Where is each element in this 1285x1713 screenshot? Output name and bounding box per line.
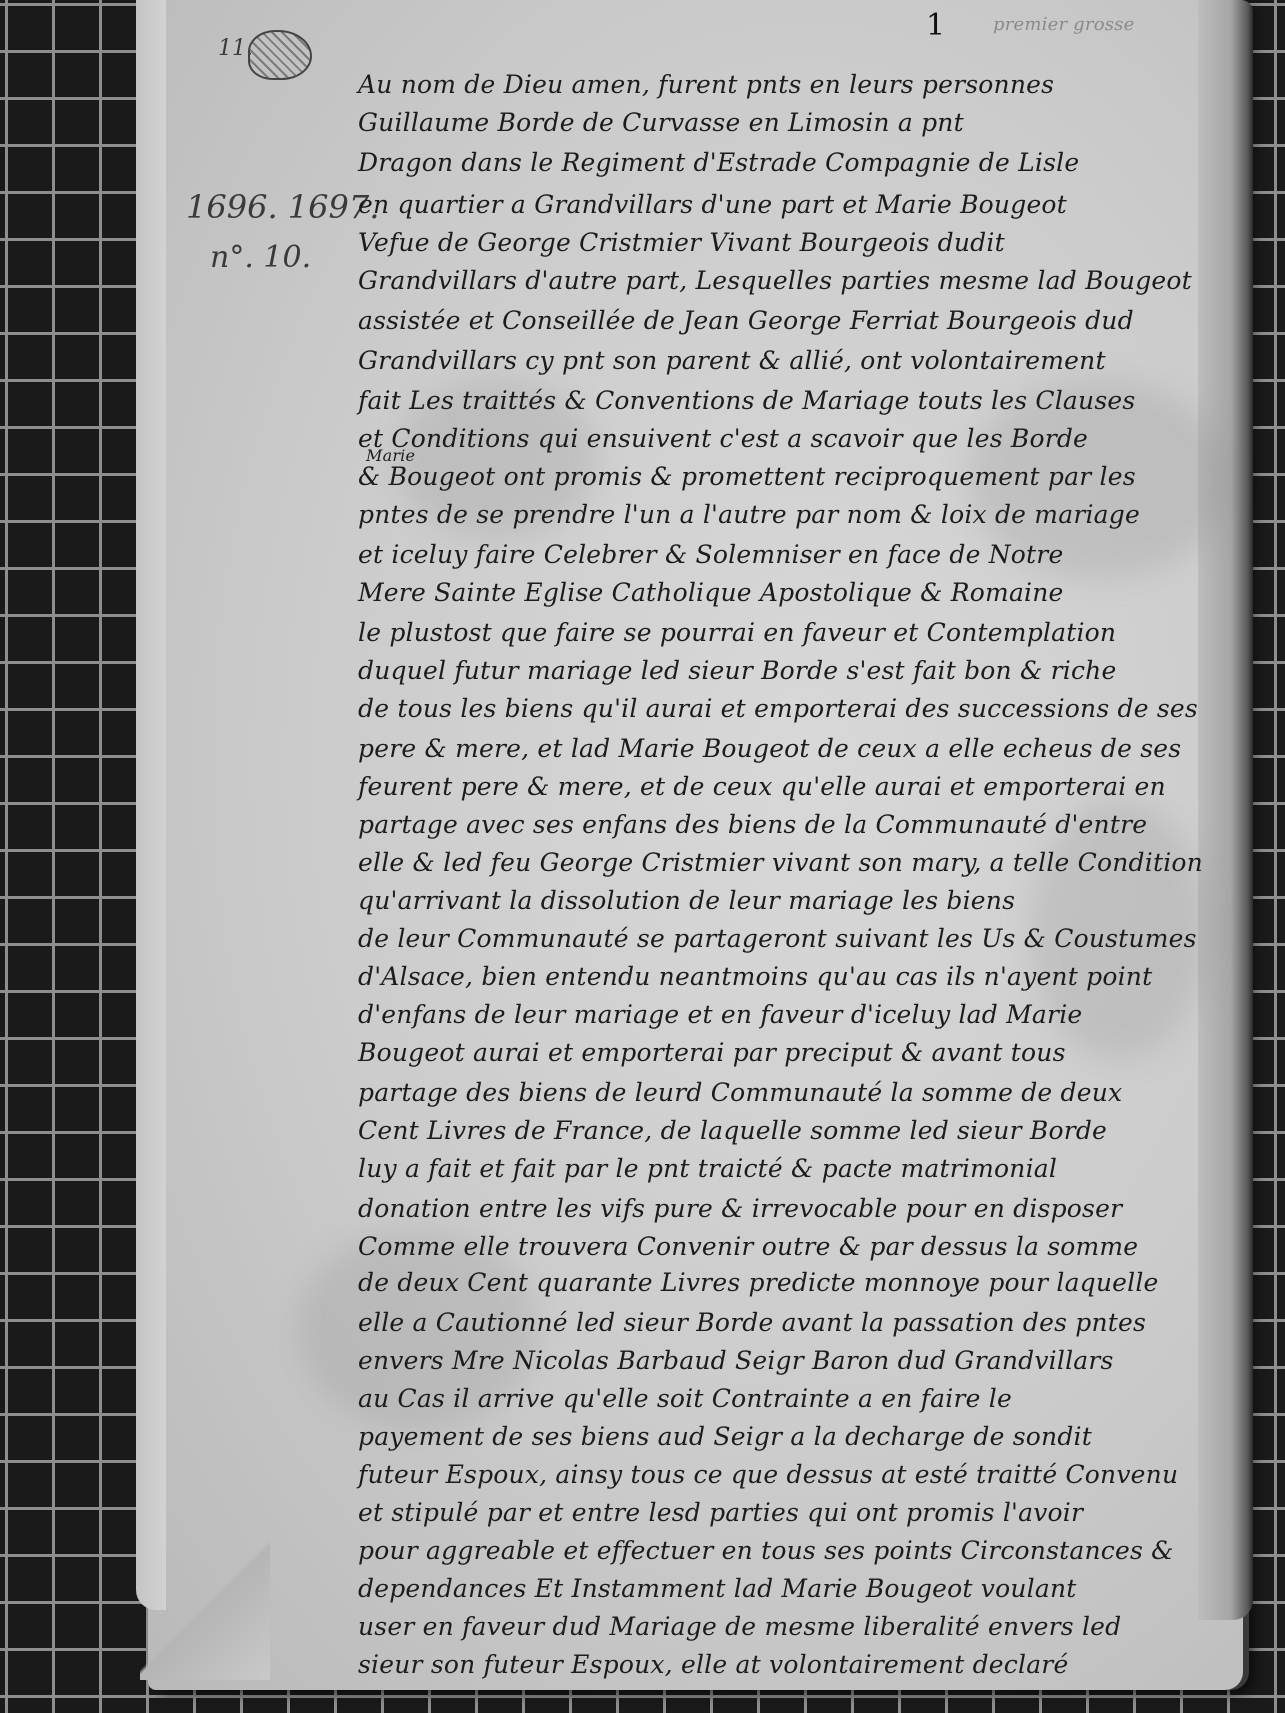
text-line-6: Grandvillars d'autre part, Lesquelles pa… (358, 266, 1192, 295)
text-line-18: pere & mere, et lad Marie Bougeot de ceu… (358, 734, 1181, 763)
text-line-42: sieur son futeur Espoux, elle at volonta… (358, 1650, 1068, 1679)
text-line-15: le plustost que faire se pourrai en fave… (358, 618, 1116, 647)
page-number: 1 (926, 8, 945, 43)
header-note: premier grosse (993, 14, 1134, 35)
text-line-34: envers Mre Nicolas Barbaud Seigr Baron d… (358, 1346, 1114, 1375)
text-line-32: de deux Cent quarante Livres predicte mo… (358, 1268, 1159, 1297)
text-line-39: pour aggreable et effectuer en tous ses … (358, 1536, 1174, 1565)
manuscript-page: premier grosse 1 11. 1696. 1697. n°. 10.… (148, 0, 1243, 1690)
text-line-2: Guillaume Borde de Curvasse en Limosin a… (358, 108, 964, 137)
text-line-4: en quartier a Grandvillars d'une part et… (358, 190, 1067, 219)
page-binding-edge (1198, 0, 1253, 1620)
text-line-25: d'enfans de leur mariage et en faveur d'… (358, 1000, 1082, 1029)
text-line-37: futeur Espoux, ainsy tous ce que dessus … (358, 1460, 1178, 1489)
text-line-26: Bougeot aurai et emporterai par preciput… (358, 1038, 1066, 1067)
folded-corner (140, 1540, 270, 1680)
text-line-3: Dragon dans le Regiment d'Estrade Compag… (358, 148, 1079, 177)
text-line-29: luy a fait et fait par le pnt traicté & … (358, 1154, 1057, 1183)
text-line-16: duquel futur mariage led sieur Borde s'e… (358, 656, 1116, 685)
text-line-21: elle & led feu George Cristmier vivant s… (358, 848, 1203, 877)
text-line-10: et Conditions qui ensuivent c'est a scav… (358, 424, 1088, 453)
text-line-11: & Bougeot ont promis & promettent recipr… (358, 462, 1136, 491)
margin-item-number: n°. 10. (210, 240, 311, 275)
text-line-5: Vefue de George Cristmier Vivant Bourgeo… (358, 228, 1005, 257)
text-line-27: partage des biens de leurd Communauté la… (358, 1078, 1122, 1107)
text-line-9: fait Les traittés & Conventions de Maria… (358, 386, 1135, 415)
text-line-30: donation entre les vifs pure & irrevocab… (358, 1194, 1122, 1223)
text-line-33: elle a Cautionné led sieur Borde avant l… (358, 1308, 1146, 1337)
text-line-8: Grandvillars cy pnt son parent & allié, … (358, 346, 1106, 375)
text-line-38: et stipulé par et entre lesd parties qui… (358, 1498, 1083, 1527)
text-line-19: feurent pere & mere, et de ceux qu'elle … (358, 772, 1166, 801)
text-line-14: Mere Sainte Eglise Catholique Apostoliqu… (358, 578, 1064, 607)
text-line-1: Au nom de Dieu amen, furent pnts en leur… (358, 70, 1054, 99)
text-line-13: et iceluy faire Celebrer & Solemniser en… (358, 540, 1063, 569)
text-line-7: assistée et Conseillée de Jean George Fe… (358, 306, 1134, 335)
text-line-36: payement de ses biens aud Seigr a la dec… (358, 1422, 1092, 1451)
text-line-20: partage avec ses enfans des biens de la … (358, 810, 1147, 839)
text-line-22: qu'arrivant la dissolution de leur maria… (358, 886, 1015, 915)
text-line-17: de tous les biens qu'il aurai et emporte… (358, 694, 1198, 723)
text-line-40: dependances Et Instamment lad Marie Boug… (358, 1574, 1077, 1603)
text-line-31: Comme elle trouvera Convenir outre & par… (358, 1232, 1138, 1261)
text-line-23: de leur Communauté se partageront suivan… (358, 924, 1197, 953)
margin-years: 1696. 1697. (186, 188, 379, 226)
text-line-24: d'Alsace, bien entendu neantmoins qu'au … (358, 962, 1152, 991)
text-line-28: Cent Livres de France, de laquelle somme… (358, 1116, 1107, 1145)
text-line-35: au Cas il arrive qu'elle soit Contrainte… (358, 1384, 1012, 1413)
seal-icon (248, 30, 312, 80)
text-line-41: user en faveur dud Mariage de mesme libe… (358, 1612, 1121, 1641)
text-line-12: pntes de se prendre l'un a l'autre par n… (358, 500, 1140, 529)
